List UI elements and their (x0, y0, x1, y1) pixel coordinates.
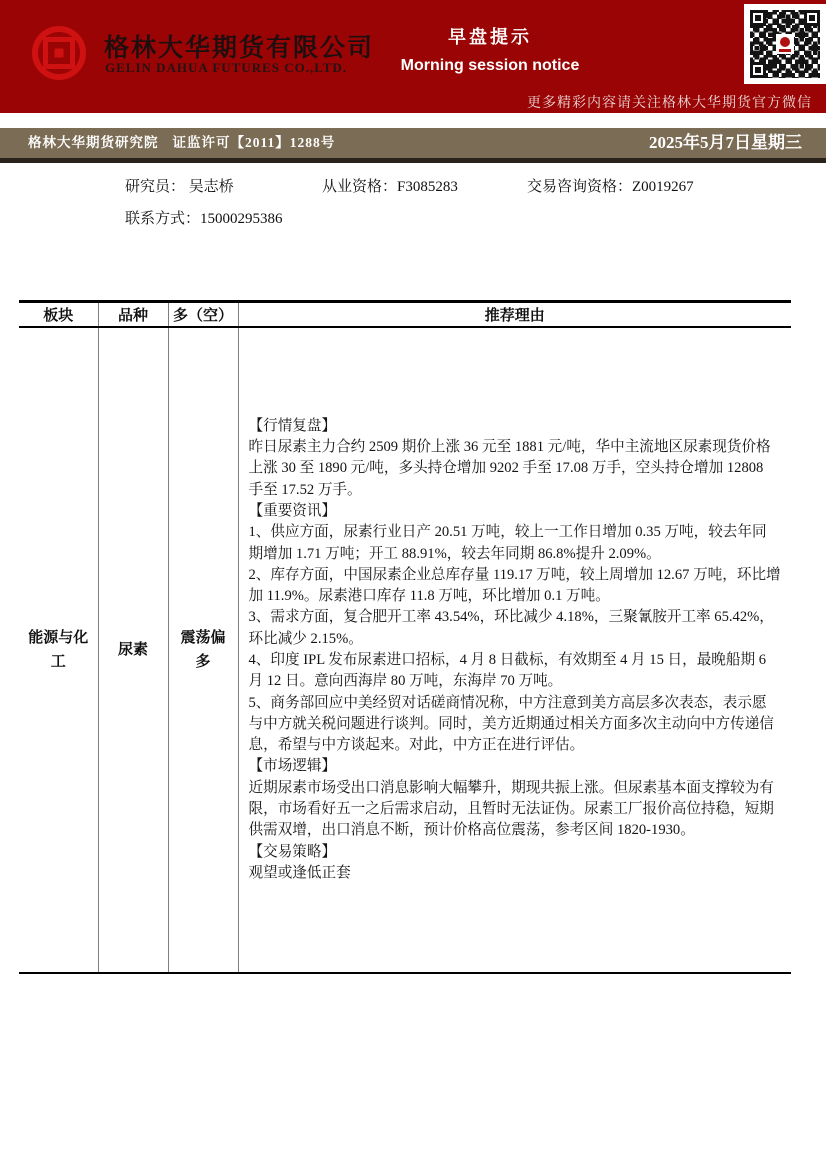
table-row: 能源与化工 尿素 震荡偏多 【行情复盘】 昨日尿素主力合约 2509 期价上涨 … (19, 327, 791, 973)
news-item: 4、印度 IPL 发布尿素进口招标，4 月 8 日截标，有效期至 4 月 15 … (249, 650, 782, 693)
section-title-logic: 【市场逻辑】 (249, 756, 782, 777)
section-body-strategy: 观望或逢低正套 (249, 863, 782, 884)
notice-title-block: 早盘提示 Morning session notice (340, 0, 640, 75)
wechat-qr-code (744, 4, 826, 84)
company-name-en: GELIN DAHUA FUTURES CO.,LTD. (105, 60, 347, 76)
qr-center-logo-icon (776, 34, 794, 54)
news-item: 1、供应方面，尿素行业日产 20.51 万吨，较上一工作日增加 0.35 万吨，… (249, 522, 782, 565)
institute-name: 格林大华期货研究院 (28, 135, 159, 150)
col-header-direction: 多（空） (168, 302, 238, 328)
col-header-sector: 板块 (19, 302, 98, 328)
company-logo-icon (32, 26, 86, 80)
institute-license: 格林大华期货研究院证监许可【2011】1288号 (28, 128, 335, 158)
table-header-row: 板块 品种 多（空） 推荐理由 (19, 302, 791, 328)
news-item: 3、需求方面，复合肥开工率 43.54%，环比减少 4.18%，三聚氰胺开工率 … (249, 607, 782, 650)
license-number: 证监许可【2011】1288号 (173, 135, 336, 150)
notice-title-en: Morning session notice (340, 57, 640, 75)
company-name-cn: 格林大华期货有限公司 (104, 28, 374, 64)
logo-inner-dot (55, 49, 64, 58)
top-banner: 格林大华期货有限公司 GELIN DAHUA FUTURES CO.,LTD. … (0, 0, 826, 113)
news-item: 2、库存方面，中国尿素企业总库存量 119.17 万吨，较上周增加 12.67 … (249, 565, 782, 608)
sector-cell: 能源与化工 (19, 327, 98, 973)
qr-finder-icon (750, 10, 766, 26)
morning-notice-page: 格林大华期货有限公司 GELIN DAHUA FUTURES CO.,LTD. … (0, 0, 826, 1169)
col-header-reason: 推荐理由 (238, 302, 791, 328)
researcher-name: 研究员： 吴志桥 (125, 175, 322, 196)
researcher-qualification: 从业资格：F3085283 (322, 175, 527, 196)
band-divider (0, 158, 826, 163)
variety-cell: 尿素 (98, 327, 168, 973)
reason-cell: 【行情复盘】 昨日尿素主力合约 2509 期价上涨 36 元至 1881 元/吨… (238, 327, 791, 973)
col-header-variety: 品种 (98, 302, 168, 328)
news-item: 5、商务部回应中美经贸对话磋商情况称，中方注意到美方高层多次表态，表示愿与中方就… (249, 693, 782, 757)
notice-title-cn: 早盘提示 (340, 23, 640, 49)
section-title-news: 【重要资讯】 (249, 501, 782, 522)
wechat-note: 更多精彩内容请关注格林大华期货官方微信 (527, 92, 812, 112)
researcher-line: 研究员： 吴志桥从业资格：F3085283交易咨询资格：Z0019267 (125, 175, 694, 196)
qr-finder-icon (750, 62, 766, 78)
recommendation-table: 板块 品种 多（空） 推荐理由 能源与化工 尿素 震荡偏多 【行情复盘】 昨日尿… (19, 300, 791, 974)
researcher-contact: 联系方式：15000295386 (125, 207, 283, 228)
qr-finder-icon (804, 10, 820, 26)
section-title-strategy: 【交易策略】 (249, 842, 782, 863)
section-body-logic: 近期尿素市场受出口消息影响大幅攀升，期现共振上涨。但尿素基本面支撑较为有限，市场… (249, 778, 782, 842)
institute-band: 格林大华期货研究院证监许可【2011】1288号 2025年5月7日星期三 (0, 128, 826, 158)
researcher-advisory: 交易咨询资格：Z0019267 (527, 179, 694, 195)
section-title-review: 【行情复盘】 (249, 416, 782, 437)
report-date: 2025年5月7日星期三 (649, 128, 802, 158)
direction-cell: 震荡偏多 (168, 327, 238, 973)
section-body-review: 昨日尿素主力合约 2509 期价上涨 36 元至 1881 元/吨，华中主流地区… (249, 437, 782, 501)
